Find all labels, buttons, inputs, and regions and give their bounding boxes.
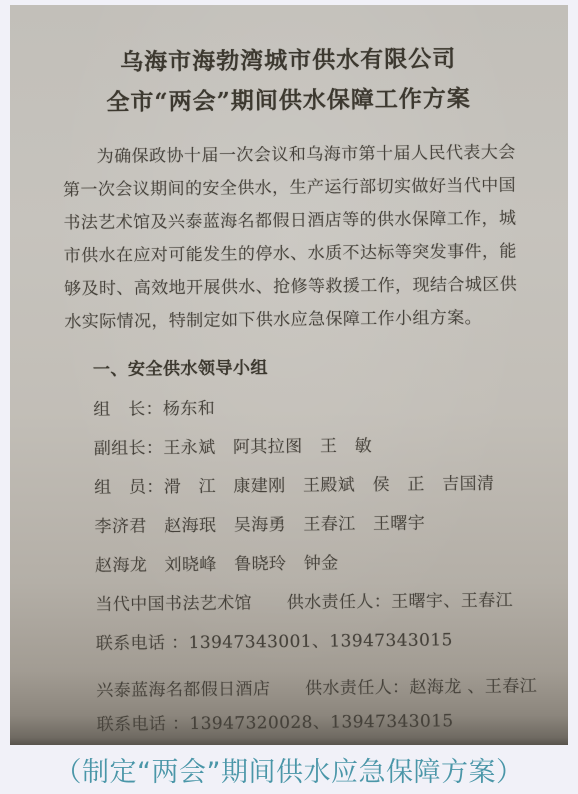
doc-paragraph: 为确保政协十届一次会议和乌海市第十届人民代表大会第一次会议期间的安全供水，生产运… [63,137,518,340]
doc-line: 赵海龙 刘晓峰 鲁晓玲 钟金 [95,552,520,576]
article-page: 乌海市海勃湾城市供水有限公司 全市“两会”期间供水保障工作方案 为确保政协十届一… [0,0,578,794]
doc-line: 兴泰蓝海名都假日酒店 供水责任人：赵海龙 、王春江 [96,677,521,701]
doc-line: 组 长：杨东和 [93,396,518,420]
doc-section-heading: 一、安全供水领导小组 [93,351,518,380]
doc-lines: 组 长：杨东和副组长：王永斌 阿其拉图 王 敏组 员：滑 江 康建刚 王殿斌 侯… [65,396,521,736]
photo-caption: （制定“两会”期间供水应急保障方案） [0,745,578,794]
paper-document: 乌海市海勃湾城市供水有限公司 全市“两会”期间供水保障工作方案 为确保政协十届一… [10,5,568,745]
doc-line: 联系电话 ：13947343001、13947343015 [96,630,521,654]
document-photo: 乌海市海勃湾城市供水有限公司 全市“两会”期间供水保障工作方案 为确保政协十届一… [10,5,568,745]
doc-line: 当代中国书法艺术馆 供水责任人：王曙宇、王春江 [95,591,520,615]
doc-line: 组 员：滑 江 康建刚 王殿斌 侯 正 吉国清 [94,474,519,498]
doc-title-line1: 乌海市海勃湾城市供水有限公司 [62,39,515,84]
doc-line: 联系电话 ：13947320028、13947343015 [97,711,522,735]
doc-title-line2: 全市“两会”期间供水保障工作方案 [62,79,515,124]
doc-line: 李济君 赵海珉 吴海勇 王春江 王曙宇 [94,513,519,537]
doc-line: 副组长：王永斌 阿其拉图 王 敏 [94,435,519,459]
